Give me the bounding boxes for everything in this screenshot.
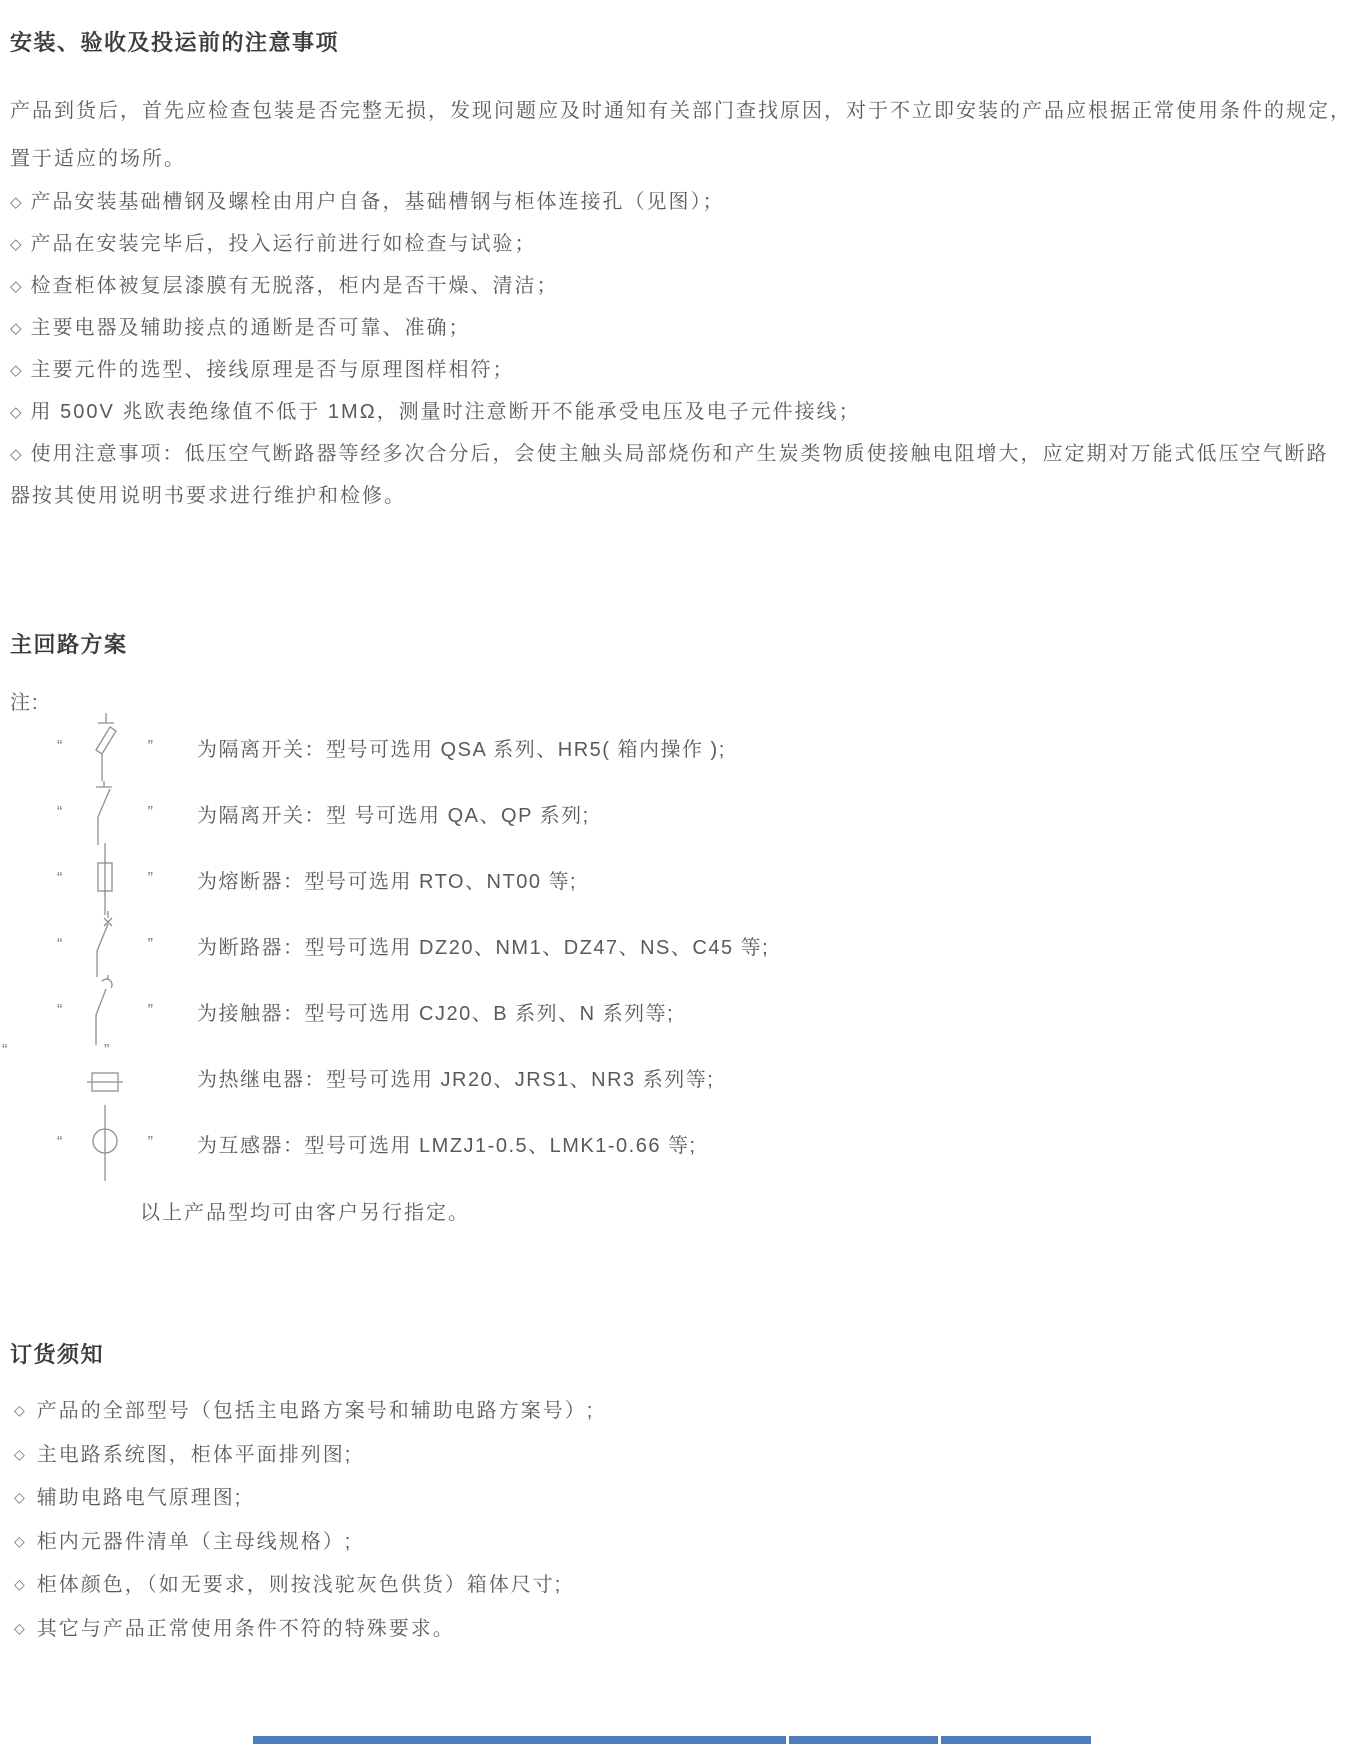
list-item: ◇其它与产品正常使用条件不符的特殊要求。 [10, 1608, 1360, 1652]
list-item: ◇柜内元器件清单（主母线规格）; [10, 1521, 1360, 1565]
list-item-text: 检查柜体被复层漆膜有无脱落，柜内是否干燥、清洁； [31, 275, 559, 297]
diamond-bullet-icon: ◇ [10, 182, 22, 223]
list-item: ◇主要元件的选型、接线原理是否与原理图样相符； [10, 350, 1360, 392]
list-item-text: 产品安装基础槽钢及螺栓由用户自备，基础槽钢与柜体连接孔（见图）； [31, 191, 725, 213]
diamond-bullet-icon: ◇ [10, 434, 22, 475]
symbol-legend: “ ” 为隔离开关：型号可选用 QSA 系列、HR5( 箱内操作 ); “ ” … [0, 714, 1368, 1176]
list-item: ◇使用注意事项：低压空气断路器等经多次合分后，会使主触头局部烧伤和产生炭类物质使… [10, 434, 1360, 476]
install-section-title: 安装、验收及投运前的注意事项 [10, 28, 1360, 58]
install-bullet-list: ◇产品安装基础槽钢及螺栓由用户自备，基础槽钢与柜体连接孔（见图）； ◇产品在安装… [0, 182, 1368, 517]
list-item-text: 柜内元器件清单（主母线规格）; [37, 1531, 353, 1553]
diamond-bullet-icon: ◇ [14, 1563, 25, 1606]
symbol-cell: “ ” [0, 1049, 153, 1105]
legend-row: “ ” 为热继电器：型号可选用 JR20、JRS1、NR3 系列等; [0, 1044, 1368, 1110]
diamond-bullet-icon: ◇ [10, 392, 22, 433]
list-item-text: 其它与产品正常使用条件不符的特殊要求。 [37, 1618, 455, 1640]
list-item: ◇主电路系统图，柜体平面排列图; [10, 1434, 1360, 1478]
install-intro-line: 产品到货后，首先应检查包装是否完整无损，发现问题应及时通知有关部门查找原因，对于… [10, 87, 1360, 135]
symbol-cell: “ ” [0, 1103, 153, 1183]
ordering-bullet-list: ◇产品的全部型号（包括主电路方案号和辅助电路方案号）; ◇主电路系统图，柜体平面… [0, 1390, 1368, 1652]
current-transformer-icon [85, 1103, 125, 1183]
close-quote: ” [148, 805, 153, 821]
open-quote: “ [57, 739, 62, 755]
list-item: ◇检查柜体被复层漆膜有无脱落，柜内是否干燥、清洁； [10, 266, 1360, 308]
list-item: ◇柜体颜色，（如无要求，则按浅驼灰色供货）箱体尺寸; [10, 1564, 1360, 1608]
list-item-text: 用 500V 兆欧表绝缘值不低于 1MΩ，测量时注意断开不能承受电压及电子元件接… [31, 401, 861, 423]
manual-page: { "install_section": { "title": "安装、验收及投… [0, 0, 1368, 1744]
legend-row-text: 为接触器：型号可选用 CJ20、B 系列、N 系列等; [197, 997, 674, 1026]
table-header-cell [789, 1736, 938, 1744]
close-quote: ” [148, 739, 153, 755]
diamond-bullet-icon: ◇ [14, 1389, 25, 1432]
list-item-text: 辅助电路电气原理图; [37, 1487, 243, 1509]
list-item-text: 主要元件的选型、接线原理是否与原理图样相符； [31, 359, 515, 381]
symbol-cell: “ ” [0, 971, 153, 1051]
legend-row-text: 为隔离开关：型 号可选用 QA、QP 系列; [197, 799, 590, 828]
list-item-text: 柜体颜色，（如无要求，则按浅驼灰色供货）箱体尺寸; [37, 1574, 563, 1596]
main-circuit-title: 主回路方案 [10, 630, 1360, 660]
legend-row: “ ” 为隔离开关：型号可选用 QSA 系列、HR5( 箱内操作 ); [0, 714, 1368, 780]
close-quote: ” [148, 1003, 153, 1019]
diamond-bullet-icon: ◇ [14, 1476, 25, 1519]
legend-row-text: 为熔断器：型号可选用 RTO、NT00 等; [197, 865, 577, 894]
close-quote: ” [148, 1135, 153, 1151]
open-quote: “ [57, 1003, 62, 1019]
diamond-bullet-icon: ◇ [14, 1433, 25, 1476]
diamond-bullet-icon: ◇ [10, 350, 22, 391]
open-quote: “ [57, 937, 62, 953]
legend-row: “ ” 为隔离开关：型 号可选用 QA、QP 系列; [0, 780, 1368, 846]
install-intro-line: 置于适应的场所。 [10, 135, 1360, 183]
list-item-text: 使用注意事项：低压空气断路器等经多次合分后，会使主触头局部烧伤和产生炭类物质使接… [31, 443, 1329, 465]
legend-row: “ ” 为断路器：型号可选用 DZ20、NM1、DZ47、NS、C45 等; [0, 912, 1368, 978]
list-item: ◇主要电器及辅助接点的通断是否可靠、准确； [10, 308, 1360, 350]
open-quote: “ [57, 1135, 62, 1151]
legend-row: “ ” 为熔断器：型号可选用 RTO、NT00 等; [0, 846, 1368, 912]
close-quote: ” [148, 937, 153, 953]
legend-row-text: 为隔离开关：型号可选用 QSA 系列、HR5( 箱内操作 ); [197, 733, 726, 762]
list-item: ◇用 500V 兆欧表绝缘值不低于 1MΩ，测量时注意断开不能承受电压及电子元件… [10, 392, 1360, 434]
table-header-cell [253, 1736, 786, 1744]
legend-row-text: 为断路器：型号可选用 DZ20、NM1、DZ47、NS、C45 等; [197, 931, 769, 960]
list-item-continuation: 器按其使用说明书要求进行维护和检修。 [10, 476, 1360, 517]
ordering-header: 订货须知 [0, 1340, 1368, 1370]
list-item-text: 产品在安装完毕后，投入运行前进行如检查与试验； [31, 233, 537, 255]
diamond-bullet-icon: ◇ [14, 1607, 25, 1650]
list-item: ◇产品在安装完毕后，投入运行前进行如检查与试验； [10, 224, 1360, 266]
close-quote: ” [148, 871, 153, 887]
list-item-text: 主要电器及辅助接点的通断是否可靠、准确； [31, 317, 471, 339]
list-item-text: 产品的全部型号（包括主电路方案号和辅助电路方案号）; [37, 1400, 595, 1422]
list-item: ◇辅助电路电气原理图; [10, 1477, 1360, 1521]
diamond-bullet-icon: ◇ [10, 266, 22, 307]
diamond-bullet-icon: ◇ [10, 308, 22, 349]
list-item: ◇产品安装基础槽钢及螺栓由用户自备，基础槽钢与柜体连接孔（见图）； [10, 182, 1360, 224]
list-item-text: 主电路系统图，柜体平面排列图; [37, 1444, 353, 1466]
install-intro: 产品到货后，首先应检查包装是否完整无损，发现问题应及时通知有关部门查找原因，对于… [0, 87, 1368, 183]
open-quote: “ [57, 871, 62, 887]
open-quote: “ [57, 805, 62, 821]
close-quote: ” [104, 1043, 109, 1059]
legend-row: “ ” 为接触器：型号可选用 CJ20、B 系列、N 系列等; [0, 978, 1368, 1044]
list-item: ◇产品的全部型号（包括主电路方案号和辅助电路方案号）; [10, 1390, 1360, 1434]
open-quote: “ [2, 1043, 7, 1059]
diamond-bullet-icon: ◇ [10, 224, 22, 265]
legend-row: “ ” 为互感器：型号可选用 LMZJ1-0.5、LMK1-0.66 等; [0, 1110, 1368, 1176]
contactor-icon [85, 971, 125, 1051]
main-circuit-header: 主回路方案 [0, 630, 1368, 660]
ordering-title: 订货须知 [10, 1340, 1360, 1370]
legend-row-text: 为热继电器：型号可选用 JR20、JRS1、NR3 系列等; [197, 1063, 714, 1092]
table-header-strip [253, 1736, 1094, 1744]
diamond-bullet-icon: ◇ [14, 1520, 25, 1563]
install-section-header: 安装、验收及投运前的注意事项 [0, 28, 1368, 58]
legend-footnote: 以上产品型均可由客户另行指定。 [0, 1198, 1368, 1228]
legend-row-text: 为互感器：型号可选用 LMZJ1-0.5、LMK1-0.66 等; [197, 1129, 697, 1158]
table-header-cell [941, 1736, 1091, 1744]
